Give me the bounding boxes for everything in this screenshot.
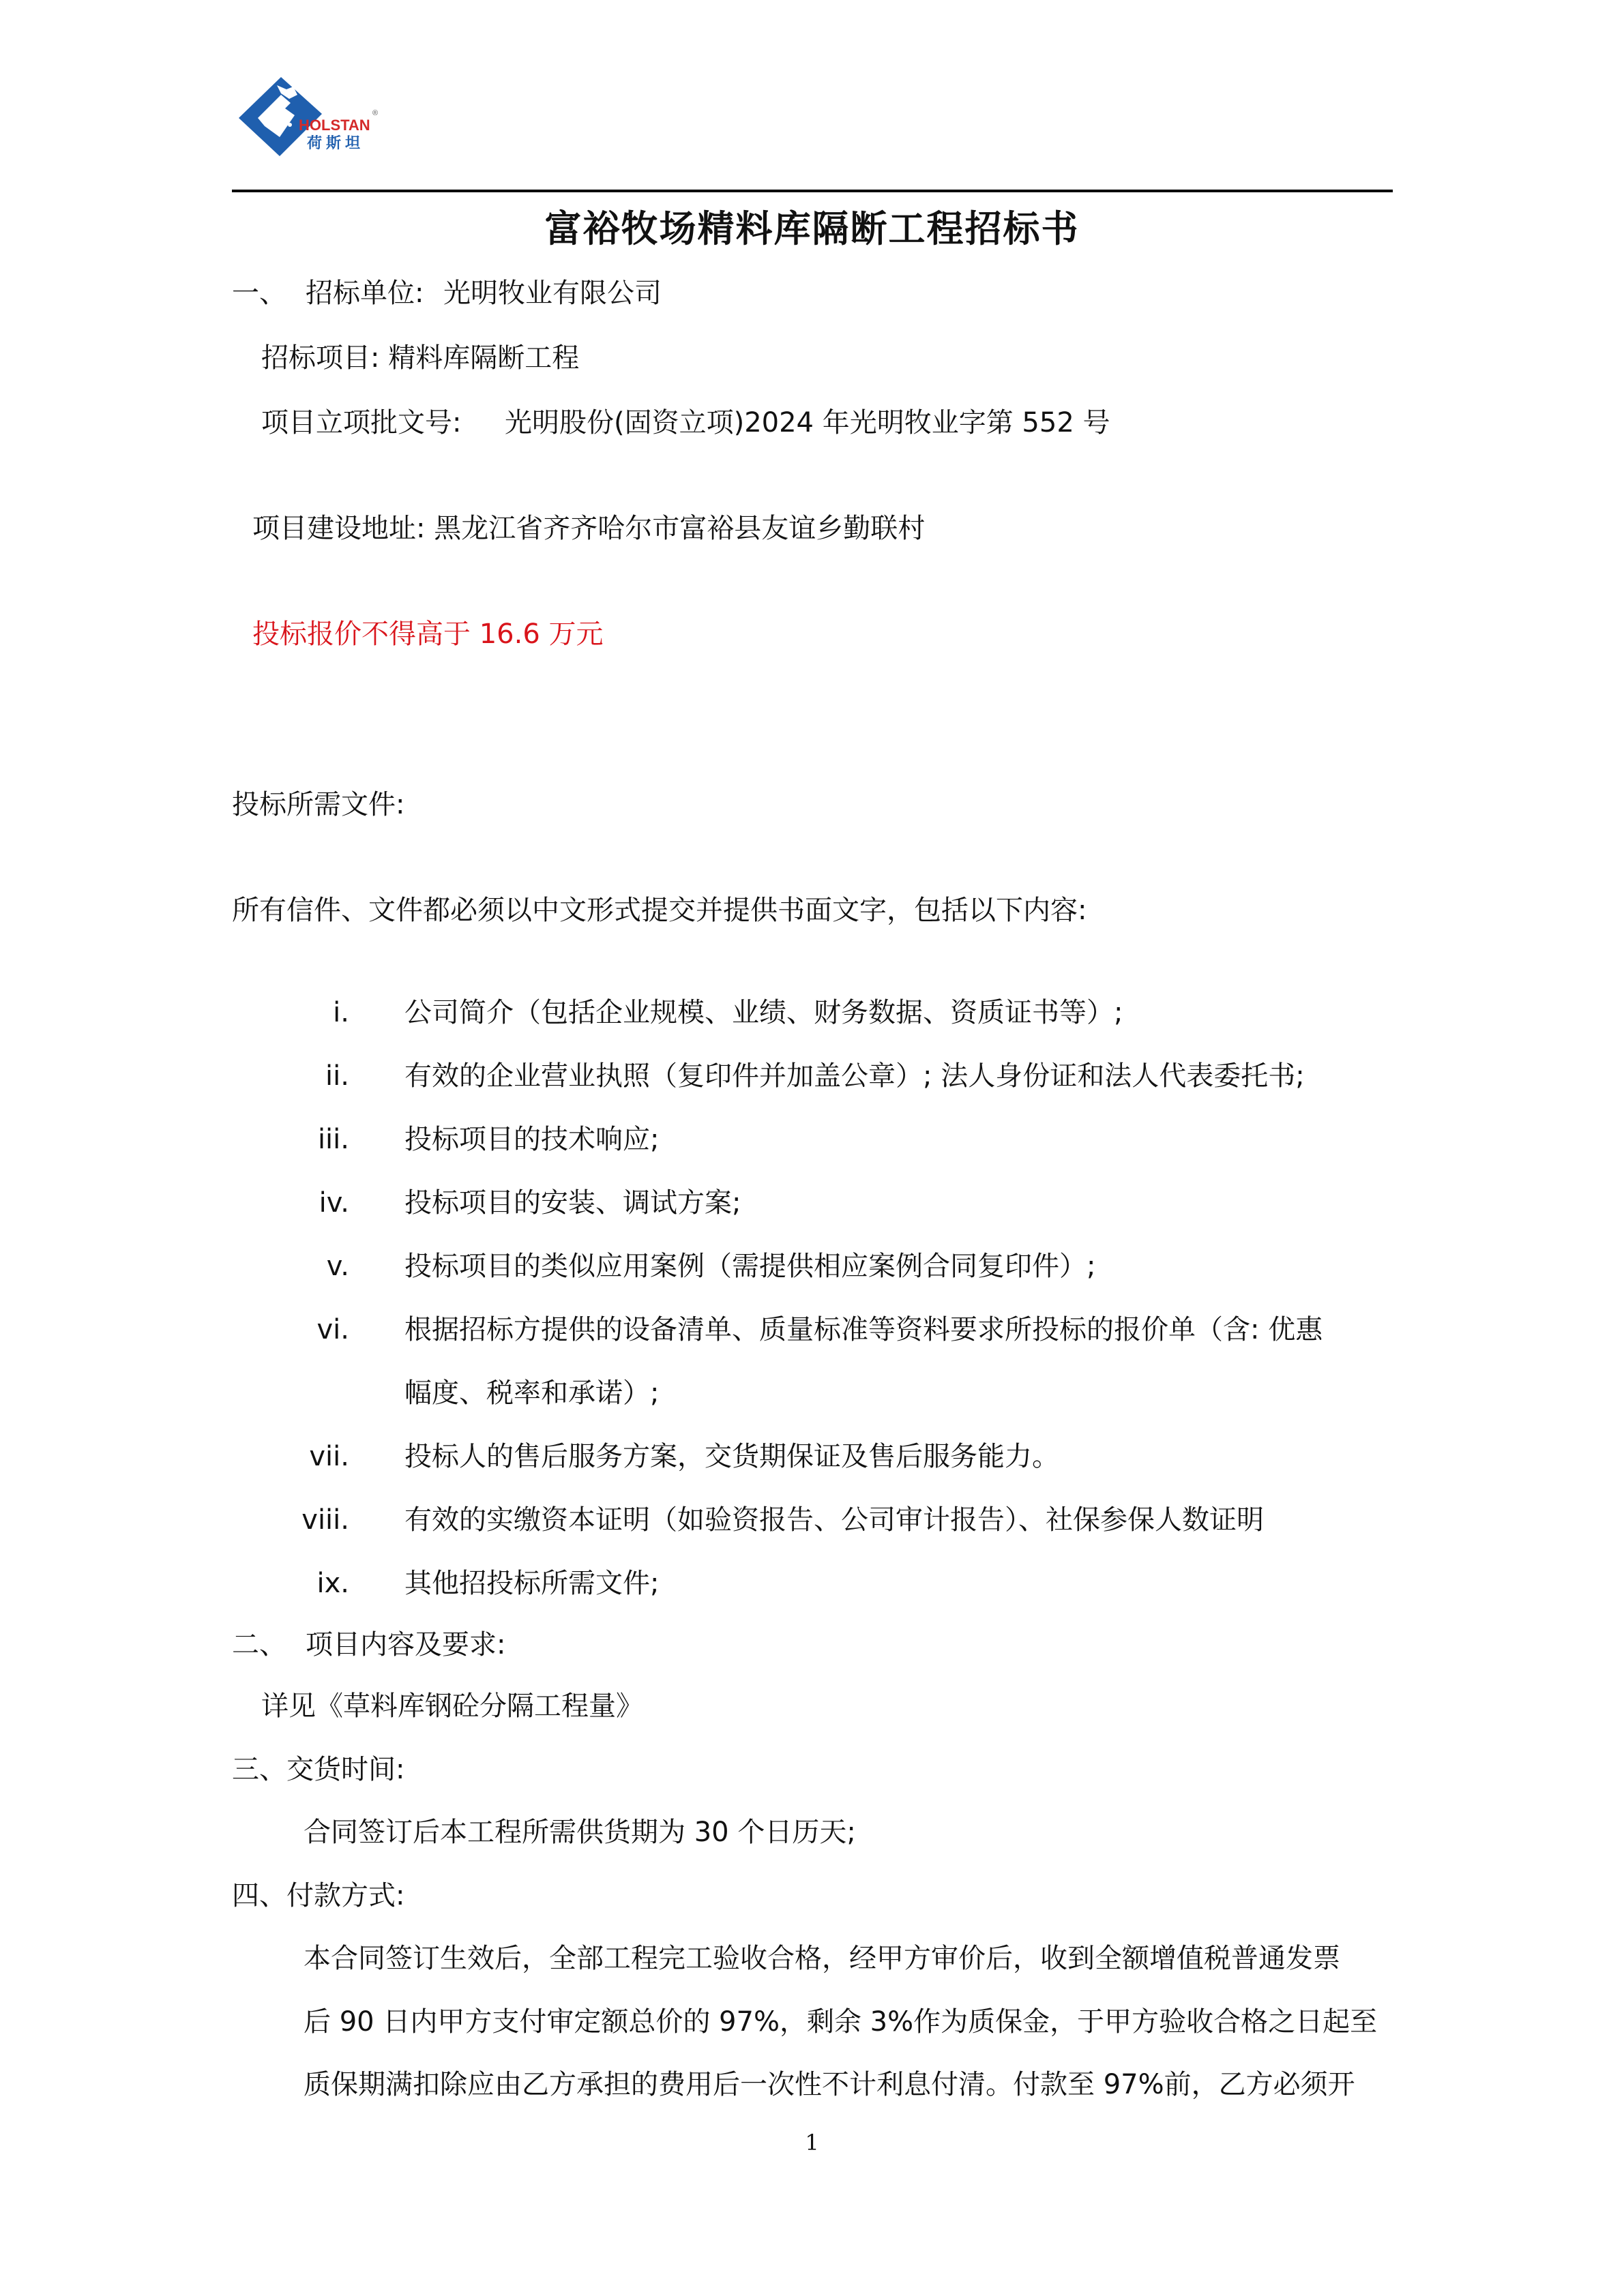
section4-paragraph-line: 质保期满扣除应由乙方承担的费用后一次性不计利息付清。付款至 97%前，乙方必须开 <box>304 2066 1355 2104</box>
list-number: iii. <box>274 1120 349 1159</box>
list-item: 投标项目的技术响应; <box>404 1120 659 1159</box>
section1-label: 招标单位: <box>306 274 424 312</box>
required-docs-heading: 投标所需文件: <box>232 786 404 824</box>
list-item: 投标项目的安装、调试方案; <box>404 1184 741 1222</box>
list-item: 有效的实缴资本证明（如验资报告、公司审计报告）、社保参保人数证明 <box>404 1501 1264 1539</box>
document-title: 富裕牧场精料库隔断工程招标书 <box>0 205 1624 254</box>
list-number: vii. <box>274 1437 349 1476</box>
price-limit-notice: 投标报价不得高于 16.6 万元 <box>252 615 604 653</box>
approval-label: 项目立项批文号: <box>261 404 461 442</box>
holstan-logo: HOLSTAN ® 荷斯坦 <box>232 72 389 160</box>
list-item: 投标项目的类似应用案例（需提供相应案例合同复印件）; <box>404 1247 1095 1285</box>
section3-body: 合同签订后本工程所需供货期为 30 个日历天; <box>304 1813 856 1851</box>
list-number: iv. <box>274 1184 349 1222</box>
section4-paragraph-line: 本合同签订生效后，全部工程完工验收合格，经甲方审价后，收到全额增值税普通发票 <box>304 1939 1340 1978</box>
svg-text:®: ® <box>372 109 378 117</box>
section3-heading: 三、交货时间: <box>232 1750 404 1789</box>
list-number: viii. <box>274 1501 349 1539</box>
required-docs-intro: 所有信件、文件都必须以中文形式提交并提供书面文字，包括以下内容: <box>232 891 1087 929</box>
section1-bidder: 光明牧业有限公司 <box>443 274 662 312</box>
list-item: 有效的企业营业执照（复印件并加盖公章）; 法人身份证和法人代表委托书; <box>404 1057 1305 1095</box>
list-item: 其他招投标所需文件; <box>404 1564 659 1602</box>
list-number: vi. <box>274 1311 349 1349</box>
project-name-line: 招标项目: 精料库隔断工程 <box>261 339 579 377</box>
list-item: 公司简介（包括企业规模、业绩、财务数据、资质证书等）; <box>404 994 1123 1032</box>
page-number: 1 <box>0 2126 1624 2159</box>
svg-text:荷斯坦: 荷斯坦 <box>307 134 364 152</box>
section1-number: 一、 <box>232 274 286 312</box>
approval-value: 光明股份(固资立项)2024 年光明牧业字第 552 号 <box>505 404 1110 442</box>
section2-body: 详见《草料库钢砼分隔工程量》 <box>261 1687 643 1725</box>
list-number: ix. <box>274 1564 349 1602</box>
list-number: i. <box>274 994 349 1032</box>
project-address-line: 项目建设地址: 黑龙江省齐齐哈尔市富裕县友谊乡勤联村 <box>252 509 925 548</box>
list-number: v. <box>274 1247 349 1285</box>
section4-paragraph-line: 后 90 日内甲方支付审定额总价的 97%，剩余 3%作为质保金，于甲方验收合格… <box>304 2003 1377 2041</box>
header-rule <box>232 190 1393 192</box>
section2-heading: 项目内容及要求: <box>306 1626 505 1664</box>
list-number: ii. <box>274 1057 349 1095</box>
section2-number: 二、 <box>232 1626 286 1664</box>
list-item: 投标人的售后服务方案，交货期保证及售后服务能力。 <box>404 1437 1059 1476</box>
svg-text:HOLSTAN: HOLSTAN <box>299 117 370 134</box>
list-item: 根据招标方提供的设备清单、质量标准等资料要求所投标的报价单（含: 优惠 <box>404 1311 1323 1349</box>
holstan-cow-diamond-icon: HOLSTAN ® 荷斯坦 <box>232 72 389 160</box>
section4-heading: 四、付款方式: <box>232 1877 404 1915</box>
list-item-continuation: 幅度、税率和承诺）; <box>404 1374 659 1412</box>
